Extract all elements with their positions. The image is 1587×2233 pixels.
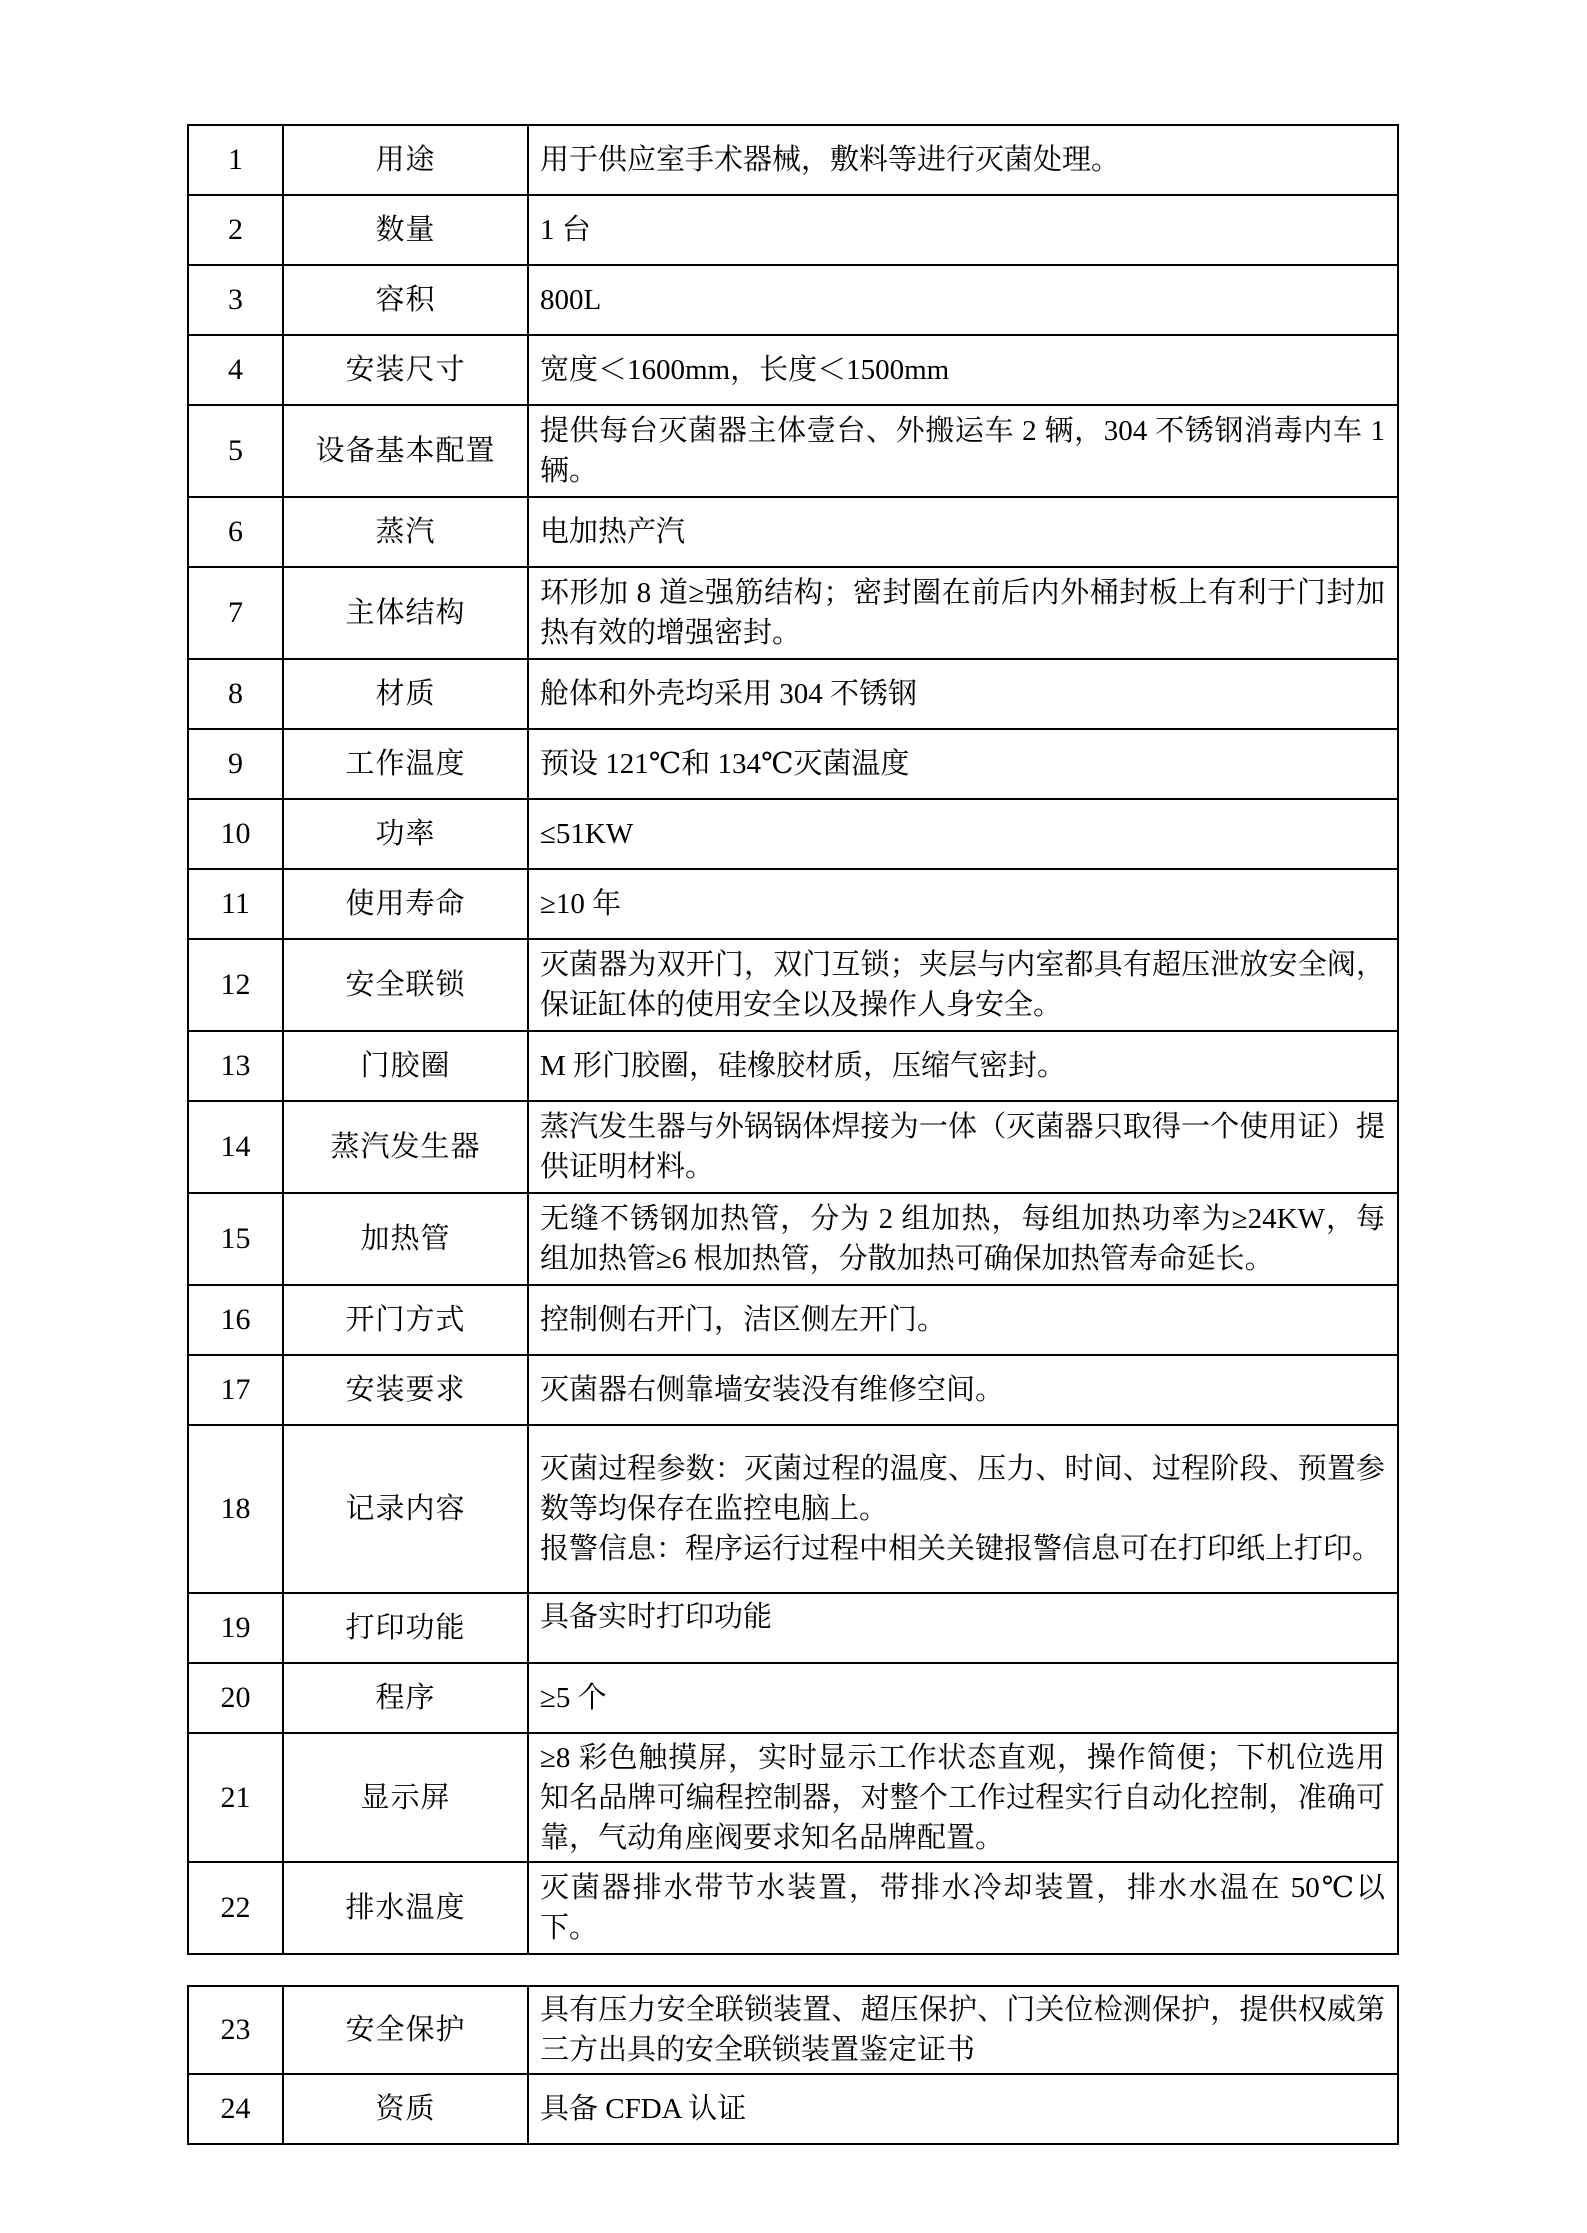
spec-text: 环形加 8 道≥强筋结构；密封圈在前后内外桶封板上有利于门封加热有效的增强密封。: [540, 573, 1385, 653]
table-row: 3容积800L: [188, 265, 1398, 335]
table-row: 13门胶圈M 形门胶圈，硅橡胶材质，压缩气密封。: [188, 1031, 1398, 1101]
spec-cell: 800L: [528, 265, 1398, 335]
item-label: 材质: [283, 659, 528, 729]
item-label: 安装尺寸: [283, 335, 528, 405]
row-number: 8: [188, 659, 283, 729]
row-number: 9: [188, 729, 283, 799]
spec-table-main-body: 1用途用于供应室手术器械，敷料等进行灭菌处理。2数量1 台3容积800L4安装尺…: [188, 125, 1398, 1954]
spec-cell: 电加热产汽: [528, 497, 1398, 567]
row-number: 23: [188, 1986, 283, 2074]
table-row: 8材质舱体和外壳均采用 304 不锈钢: [188, 659, 1398, 729]
item-label: 蒸汽: [283, 497, 528, 567]
spec-cell: 具备 CFDA 认证: [528, 2074, 1398, 2144]
spec-cell: 无缝不锈钢加热管，分为 2 组加热，每组加热功率为≥24KW，每组加热管≥6 根…: [528, 1193, 1398, 1285]
spec-text: 800L: [540, 280, 1385, 320]
row-number: 17: [188, 1355, 283, 1425]
row-number: 3: [188, 265, 283, 335]
item-label: 容积: [283, 265, 528, 335]
spec-table-extra: 23安全保护具有压力安全联锁装置、超压保护、门关位检测保护，提供权威第三方出具的…: [187, 1985, 1399, 2145]
spec-text: 蒸汽发生器与外锅锅体焊接为一体（灭菌器只取得一个使用证）提供证明材料。: [540, 1107, 1385, 1187]
item-label: 安全联锁: [283, 939, 528, 1031]
item-label: 功率: [283, 799, 528, 869]
table-row: 22排水温度灭菌器排水带节水装置，带排水冷却装置，排水水温在 50℃以下。: [188, 1862, 1398, 1954]
document-page: 1用途用于供应室手术器械，敷料等进行灭菌处理。2数量1 台3容积800L4安装尺…: [0, 0, 1587, 2233]
spec-cell: ≥5 个: [528, 1663, 1398, 1733]
spec-cell: ≥8 彩色触摸屏，实时显示工作状态直观，操作简便；下机位选用知名品牌可编程控制器…: [528, 1733, 1398, 1862]
spec-text: 灭菌器排水带节水装置，带排水冷却装置，排水水温在 50℃以下。: [540, 1868, 1385, 1948]
row-number: 4: [188, 335, 283, 405]
table-row: 20程序≥5 个: [188, 1663, 1398, 1733]
spec-cell: ≤51KW: [528, 799, 1398, 869]
table-row: 16开门方式控制侧右开门，洁区侧左开门。: [188, 1285, 1398, 1355]
spec-text: ≥8 彩色触摸屏，实时显示工作状态直观，操作简便；下机位选用知名品牌可编程控制器…: [540, 1738, 1385, 1858]
spec-text: ≤51KW: [540, 814, 1385, 854]
spec-cell: M 形门胶圈，硅橡胶材质，压缩气密封。: [528, 1031, 1398, 1101]
table-row: 24资质具备 CFDA 认证: [188, 2074, 1398, 2144]
spec-cell: 灭菌器排水带节水装置，带排水冷却装置，排水水温在 50℃以下。: [528, 1862, 1398, 1954]
spec-text: 灭菌过程参数：灭菌过程的温度、压力、时间、过程阶段、预置参数等均保存在监控电脑上…: [540, 1449, 1385, 1529]
item-label: 主体结构: [283, 567, 528, 659]
spec-text: 无缝不锈钢加热管，分为 2 组加热，每组加热功率为≥24KW，每组加热管≥6 根…: [540, 1199, 1385, 1279]
item-label: 程序: [283, 1663, 528, 1733]
row-number: 22: [188, 1862, 283, 1954]
row-number: 15: [188, 1193, 283, 1285]
item-label: 开门方式: [283, 1285, 528, 1355]
table-row: 5设备基本配置提供每台灭菌器主体壹台、外搬运车 2 辆，304 不锈钢消毒内车 …: [188, 405, 1398, 497]
item-label: 显示屏: [283, 1733, 528, 1862]
spec-text: ≥5 个: [540, 1678, 1385, 1718]
row-number: 21: [188, 1733, 283, 1862]
spec-cell: 预设 121℃和 134℃灭菌温度: [528, 729, 1398, 799]
row-number: 13: [188, 1031, 283, 1101]
spec-table-extra-body: 23安全保护具有压力安全联锁装置、超压保护、门关位检测保护，提供权威第三方出具的…: [188, 1986, 1398, 2144]
spec-cell: 灭菌器为双开门，双门互锁；夹层与内室都具有超压泄放安全阀，保证缸体的使用安全以及…: [528, 939, 1398, 1031]
spec-cell: 1 台: [528, 195, 1398, 265]
item-label: 用途: [283, 125, 528, 195]
spec-cell: 控制侧右开门，洁区侧左开门。: [528, 1285, 1398, 1355]
table-row: 1用途用于供应室手术器械，敷料等进行灭菌处理。: [188, 125, 1398, 195]
item-label: 工作温度: [283, 729, 528, 799]
spec-text: 灭菌器为双开门，双门互锁；夹层与内室都具有超压泄放安全阀，保证缸体的使用安全以及…: [540, 945, 1385, 1025]
item-label: 门胶圈: [283, 1031, 528, 1101]
spec-text: 提供每台灭菌器主体壹台、外搬运车 2 辆，304 不锈钢消毒内车 1 辆。: [540, 411, 1385, 491]
spec-cell: 具有压力安全联锁装置、超压保护、门关位检测保护，提供权威第三方出具的安全联锁装置…: [528, 1986, 1398, 2074]
table-row: 11使用寿命≥10 年: [188, 869, 1398, 939]
table-row: 12安全联锁灭菌器为双开门，双门互锁；夹层与内室都具有超压泄放安全阀，保证缸体的…: [188, 939, 1398, 1031]
row-number: 14: [188, 1101, 283, 1193]
spec-text: 用于供应室手术器械，敷料等进行灭菌处理。: [540, 140, 1385, 180]
row-number: 5: [188, 405, 283, 497]
row-number: 1: [188, 125, 283, 195]
row-number: 10: [188, 799, 283, 869]
row-number: 11: [188, 869, 283, 939]
spec-cell: 灭菌过程参数：灭菌过程的温度、压力、时间、过程阶段、预置参数等均保存在监控电脑上…: [528, 1425, 1398, 1593]
row-number: 12: [188, 939, 283, 1031]
spec-text: 预设 121℃和 134℃灭菌温度: [540, 744, 1385, 784]
spec-cell: 环形加 8 道≥强筋结构；密封圈在前后内外桶封板上有利于门封加热有效的增强密封。: [528, 567, 1398, 659]
row-number: 19: [188, 1593, 283, 1663]
spec-text: 控制侧右开门，洁区侧左开门。: [540, 1300, 1385, 1340]
item-label: 记录内容: [283, 1425, 528, 1593]
spec-cell: 舱体和外壳均采用 304 不锈钢: [528, 659, 1398, 729]
row-number: 7: [188, 567, 283, 659]
spec-text: M 形门胶圈，硅橡胶材质，压缩气密封。: [540, 1046, 1385, 1086]
spec-text-second-paragraph: 报警信息：程序运行过程中相关关键报警信息可在打印纸上打印。: [540, 1529, 1385, 1569]
spec-text: ≥10 年: [540, 884, 1385, 924]
item-label: 蒸汽发生器: [283, 1101, 528, 1193]
spec-text: 具备 CFDA 认证: [540, 2089, 1385, 2129]
spec-cell: 具备实时打印功能: [528, 1593, 1398, 1663]
table-row: 15加热管无缝不锈钢加热管，分为 2 组加热，每组加热功率为≥24KW，每组加热…: [188, 1193, 1398, 1285]
table-row: 23安全保护具有压力安全联锁装置、超压保护、门关位检测保护，提供权威第三方出具的…: [188, 1986, 1398, 2074]
spec-cell: 宽度＜1600mm，长度＜1500mm: [528, 335, 1398, 405]
table-row: 21显示屏≥8 彩色触摸屏，实时显示工作状态直观，操作简便；下机位选用知名品牌可…: [188, 1733, 1398, 1862]
table-row: 2数量1 台: [188, 195, 1398, 265]
item-label: 资质: [283, 2074, 528, 2144]
row-number: 24: [188, 2074, 283, 2144]
spec-text: 1 台: [540, 210, 1385, 250]
row-number: 18: [188, 1425, 283, 1593]
spec-text: 具有压力安全联锁装置、超压保护、门关位检测保护，提供权威第三方出具的安全联锁装置…: [540, 1990, 1385, 2070]
item-label: 设备基本配置: [283, 405, 528, 497]
table-row: 17安装要求灭菌器右侧靠墙安装没有维修空间。: [188, 1355, 1398, 1425]
spec-text: 灭菌器右侧靠墙安装没有维修空间。: [540, 1370, 1385, 1410]
row-number: 6: [188, 497, 283, 567]
table-row: 18记录内容灭菌过程参数：灭菌过程的温度、压力、时间、过程阶段、预置参数等均保存…: [188, 1425, 1398, 1593]
spec-text: 舱体和外壳均采用 304 不锈钢: [540, 674, 1385, 714]
spec-text: 具备实时打印功能: [540, 1597, 1385, 1637]
item-label: 安装要求: [283, 1355, 528, 1425]
spec-text: 电加热产汽: [540, 512, 1385, 552]
table-row: 7主体结构环形加 8 道≥强筋结构；密封圈在前后内外桶封板上有利于门封加热有效的…: [188, 567, 1398, 659]
table-row: 19打印功能具备实时打印功能: [188, 1593, 1398, 1663]
row-number: 2: [188, 195, 283, 265]
table-row: 9工作温度预设 121℃和 134℃灭菌温度: [188, 729, 1398, 799]
table-row: 14蒸汽发生器蒸汽发生器与外锅锅体焊接为一体（灭菌器只取得一个使用证）提供证明材…: [188, 1101, 1398, 1193]
item-label: 使用寿命: [283, 869, 528, 939]
spec-cell: 灭菌器右侧靠墙安装没有维修空间。: [528, 1355, 1398, 1425]
table-row: 6蒸汽电加热产汽: [188, 497, 1398, 567]
spec-cell: 蒸汽发生器与外锅锅体焊接为一体（灭菌器只取得一个使用证）提供证明材料。: [528, 1101, 1398, 1193]
item-label: 加热管: [283, 1193, 528, 1285]
spec-table-main: 1用途用于供应室手术器械，敷料等进行灭菌处理。2数量1 台3容积800L4安装尺…: [187, 124, 1399, 1955]
table-row: 10功率≤51KW: [188, 799, 1398, 869]
row-number: 16: [188, 1285, 283, 1355]
spec-cell: ≥10 年: [528, 869, 1398, 939]
item-label: 排水温度: [283, 1862, 528, 1954]
spec-cell: 提供每台灭菌器主体壹台、外搬运车 2 辆，304 不锈钢消毒内车 1 辆。: [528, 405, 1398, 497]
row-number: 20: [188, 1663, 283, 1733]
table-row: 4安装尺寸宽度＜1600mm，长度＜1500mm: [188, 335, 1398, 405]
item-label: 数量: [283, 195, 528, 265]
item-label: 打印功能: [283, 1593, 528, 1663]
spec-text: 宽度＜1600mm，长度＜1500mm: [540, 350, 1385, 390]
spec-cell: 用于供应室手术器械，敷料等进行灭菌处理。: [528, 125, 1398, 195]
item-label: 安全保护: [283, 1986, 528, 2074]
